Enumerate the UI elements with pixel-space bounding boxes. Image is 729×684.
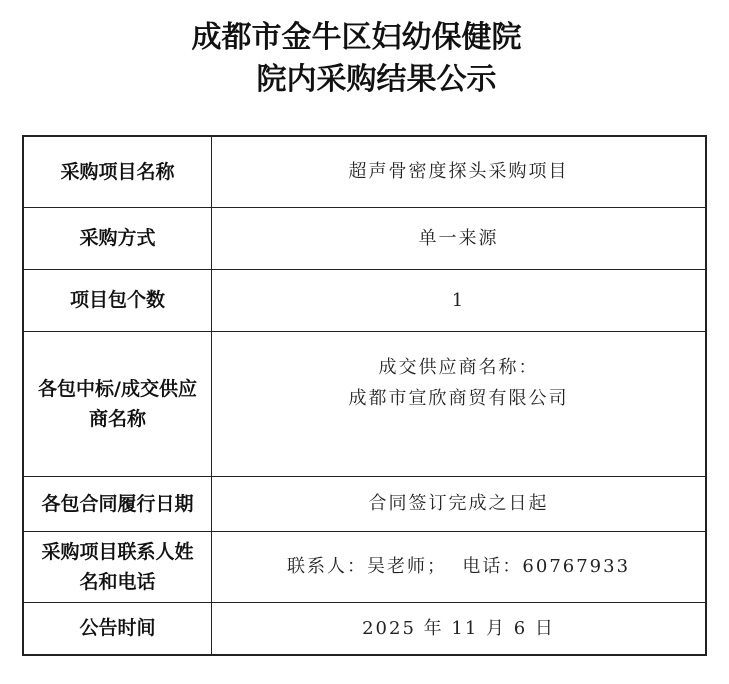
label-winning-supplier-line2: 商名称	[24, 404, 211, 434]
value-announcement-date: 2025 年 11 月 6 日	[212, 602, 707, 655]
label-contact: 采购项目联系人姓 名和电话	[23, 531, 212, 602]
value-procurement-method: 单一来源	[212, 207, 707, 269]
label-announcement-date: 公告时间	[23, 602, 212, 655]
table-row-winning-supplier: 各包中标/成交供应 商名称 成交供应商名称： 成都市宣欣商贸有限公司	[23, 331, 706, 476]
document-title-line2: 院内采购结果公示	[12, 54, 729, 98]
value-winning-supplier: 成交供应商名称： 成都市宣欣商贸有限公司	[212, 331, 707, 476]
table-row-announcement-date: 公告时间 2025 年 11 月 6 日	[23, 602, 706, 655]
value-package-count: 1	[212, 269, 707, 331]
label-package-count: 项目包个数	[23, 269, 212, 331]
label-project-name: 采购项目名称	[23, 136, 212, 207]
procurement-result-table: 采购项目名称 超声骨密度探头采购项目 采购方式 单一来源 项目包个数 1 各包中…	[22, 135, 707, 656]
value-project-name: 超声骨密度探头采购项目	[212, 136, 707, 207]
label-contract-period: 各包合同履行日期	[23, 476, 212, 531]
document-title-line1: 成都市金牛区妇幼保健院	[0, 12, 721, 56]
table-row-package-count: 项目包个数 1	[23, 269, 706, 331]
label-contact-line2: 名和电话	[24, 567, 211, 597]
label-procurement-method: 采购方式	[23, 207, 212, 269]
supplier-name: 成都市宣欣商贸有限公司	[212, 383, 705, 414]
label-contact-line1: 采购项目联系人姓	[24, 537, 211, 567]
table-row-contact: 采购项目联系人姓 名和电话 联系人：吴老师； 电话：60767933	[23, 531, 706, 602]
label-winning-supplier: 各包中标/成交供应 商名称	[23, 331, 212, 476]
label-winning-supplier-line1: 各包中标/成交供应	[24, 374, 211, 404]
supplier-caption: 成交供应商名称：	[212, 352, 705, 383]
value-contract-period: 合同签订完成之日起	[212, 476, 707, 531]
value-contact: 联系人：吴老师； 电话：60767933	[212, 531, 707, 602]
table-row-contract-period: 各包合同履行日期 合同签订完成之日起	[23, 476, 706, 531]
table-row-project-name: 采购项目名称 超声骨密度探头采购项目	[23, 136, 706, 207]
table-row-procurement-method: 采购方式 单一来源	[23, 207, 706, 269]
